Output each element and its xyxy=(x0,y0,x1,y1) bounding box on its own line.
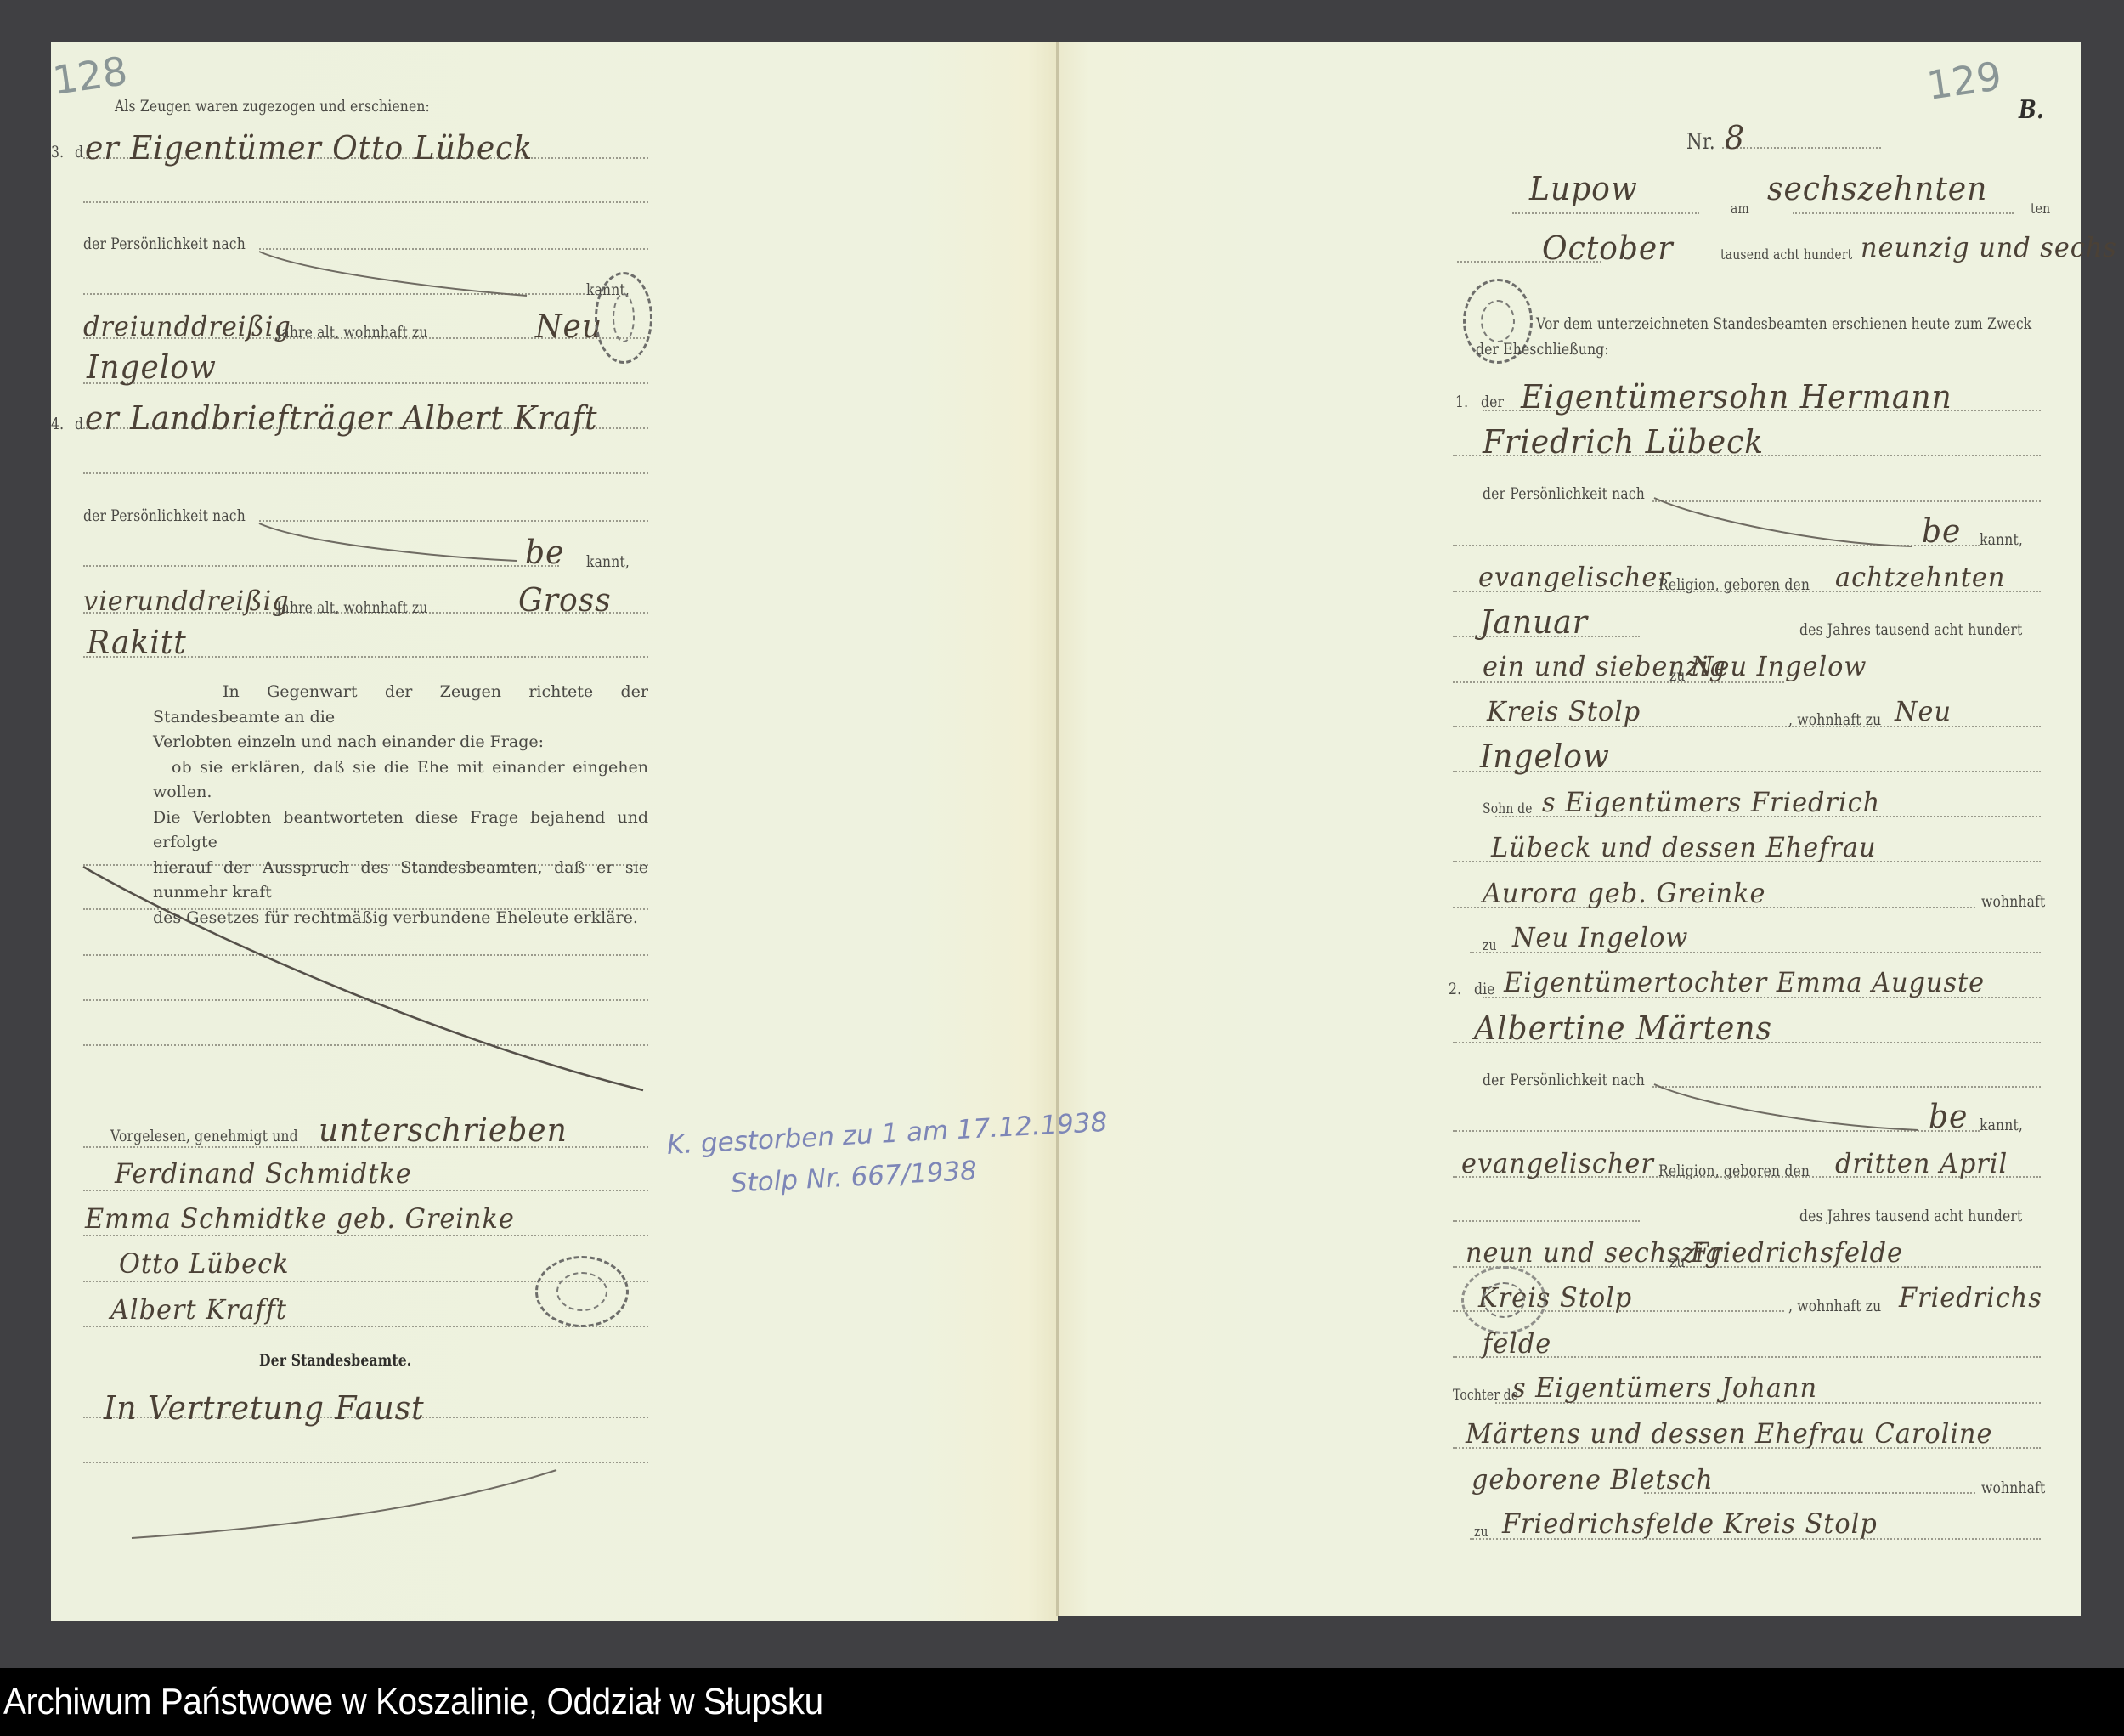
groom-birth-place: Neu Ingelow xyxy=(1691,650,1867,682)
signature-1: Ferdinand Schmidtke xyxy=(115,1157,412,1190)
witness-3-personality-label: der Persönlichkeit nach xyxy=(83,235,246,253)
intro-line-2: der Eheschließung: xyxy=(1476,340,1609,359)
bride-birth-place: Friedrichsfelde xyxy=(1691,1236,1903,1269)
book-gutter xyxy=(1056,42,1059,1616)
read-approved-label: Vorgelesen, genehmigt und xyxy=(110,1127,298,1145)
groom-residence-label: , wohnhaft zu xyxy=(1788,710,1881,729)
witness-3-number: 3. xyxy=(51,143,64,161)
bride-article: die xyxy=(1474,980,1495,998)
bride-residence-1: Friedrichs xyxy=(1899,1281,2042,1314)
form-line xyxy=(259,520,648,522)
groom-birth-year-label: des Jahres tausend acht hundert xyxy=(1799,620,2022,639)
bride-birth-place-label: zu xyxy=(1669,1253,1686,1271)
form-line xyxy=(1793,212,2014,214)
bride-parents-residence-label: wohnhaft xyxy=(1981,1479,2045,1497)
form-line xyxy=(1453,1130,1980,1132)
am-label: am xyxy=(1731,201,1749,218)
bride-parents-2: Märtens und dessen Ehefrau Caroline xyxy=(1466,1417,1992,1450)
groom-known-prefix: be xyxy=(1922,512,1961,550)
witness-4-age-label: Jahre alt, wohnhaft zu xyxy=(276,598,428,617)
form-line xyxy=(1512,212,1699,214)
groom-birth-year: ein und siebenzig xyxy=(1483,650,1726,682)
ten-suffix: ten xyxy=(2031,201,2050,218)
form-line xyxy=(83,1044,648,1046)
form-line xyxy=(83,293,585,295)
groom-number: 1. xyxy=(1455,393,1468,411)
signature-3: Otto Lübeck xyxy=(119,1247,289,1280)
witness-3-age-label: Jahre alt, wohnhaft zu xyxy=(276,323,428,342)
groom-birth-place-label: zu xyxy=(1669,666,1686,685)
form-letter: B. xyxy=(2019,95,2044,125)
archive-stamp xyxy=(595,272,652,364)
bride-residence-2: felde xyxy=(1483,1327,1551,1360)
groom-religion-label: Religion, geboren den xyxy=(1658,575,1810,594)
form-line xyxy=(259,248,648,250)
groom-parent-label: Sohn de xyxy=(1483,800,1533,817)
groom-parents-1: s Eigentümers Friedrich xyxy=(1542,786,1880,818)
registrar-signature: In Vertretung Faust xyxy=(104,1389,425,1427)
witness-4-number: 4. xyxy=(51,415,64,433)
bride-personality-label: der Persönlichkeit nach xyxy=(1483,1071,1645,1089)
witness-4-personality-label: der Persönlichkeit nach xyxy=(83,506,246,525)
bride-known-prefix: be xyxy=(1929,1098,1968,1135)
groom-parents-residence: Neu Ingelow xyxy=(1512,921,1688,953)
form-line xyxy=(1722,147,1881,149)
groom-parents-3: Aurora geb. Greinke xyxy=(1483,877,1765,909)
signature-2: Emma Schmidtke geb. Greinke xyxy=(85,1202,515,1235)
witness-4-residence-2: Rakitt xyxy=(87,624,187,661)
groom-name-2: Friedrich Lübeck xyxy=(1483,423,1764,461)
bride-known: kannt, xyxy=(1980,1116,2023,1134)
witness-3-residence-2: Ingelow xyxy=(87,348,217,386)
form-line xyxy=(83,954,648,956)
bride-name-2: Albertine Märtens xyxy=(1474,1009,1772,1047)
marriage-day: sechszehnten xyxy=(1767,170,1987,207)
form-line xyxy=(1652,1086,2041,1088)
marriage-place: Lupow xyxy=(1529,170,1638,207)
bride-number: 2. xyxy=(1449,980,1461,998)
witness-3-age: dreiunddreißig xyxy=(83,310,291,342)
form-line xyxy=(83,1326,648,1327)
form-line xyxy=(1453,545,1980,546)
witness-4-prefix: d xyxy=(75,415,83,433)
record-number-value: 8 xyxy=(1725,119,1745,156)
form-line xyxy=(83,1235,648,1236)
archive-caption: Archiwum Państwowe w Koszalinie, Oddział… xyxy=(3,1681,823,1723)
groom-parents-residence-label: wohnhaft xyxy=(1981,892,2045,911)
form-line xyxy=(1453,1220,1640,1222)
record-number-label: Nr. xyxy=(1686,129,1715,155)
witnesses-heading: Als Zeugen waren zugezogen und erschiene… xyxy=(115,97,430,116)
witness-4-age: vierunddreißig xyxy=(83,585,290,617)
bride-parents-3: geborene Bletsch xyxy=(1472,1463,1714,1496)
read-approved-signed: unterschrieben xyxy=(319,1111,568,1149)
witness-3-residence-1: Neu xyxy=(535,308,602,345)
marriage-month: October xyxy=(1542,229,1673,267)
groom-parents-2: Lübeck und dessen Ehefrau xyxy=(1491,831,1876,863)
groom-name-1: Eigentümersohn Hermann xyxy=(1521,378,1952,416)
witness-4-name: er Landbriefträger Albert Kraft xyxy=(85,399,597,437)
witness-3-name: er Eigentümer Otto Lübeck xyxy=(85,129,533,167)
form-line xyxy=(83,1190,648,1191)
registrar-label: Der Standesbeamte. xyxy=(259,1351,411,1370)
groom-district: Kreis Stolp xyxy=(1487,695,1641,727)
groom-residence-2: Ingelow xyxy=(1480,738,1610,775)
witness-4-known-prefix: be xyxy=(525,534,564,571)
groom-article: der xyxy=(1481,393,1504,411)
bride-name-1: Eigentümertochter Emma Auguste xyxy=(1504,966,1985,998)
groom-parents-zu: zu xyxy=(1483,937,1497,954)
bride-parents-1: s Eigentümers Johann xyxy=(1512,1371,1817,1404)
marriage-year: neunzig und sechs xyxy=(1861,231,2117,263)
groom-religion: evangelischer xyxy=(1478,561,1671,593)
bride-religion-label: Religion, geboren den xyxy=(1658,1162,1810,1180)
form-line xyxy=(1652,500,2041,502)
groom-known: kannt, xyxy=(1980,530,2023,549)
bride-parent-label: Tochter de xyxy=(1453,1387,1518,1404)
witness-4-known: kannt, xyxy=(586,552,630,571)
form-line xyxy=(83,999,648,1001)
witness-3-prefix: d xyxy=(75,143,83,161)
archive-stamp xyxy=(1461,1266,1546,1334)
form-line xyxy=(83,201,648,203)
form-line xyxy=(83,472,648,474)
bride-parents-residence: Friedrichsfelde Kreis Stolp xyxy=(1502,1507,1878,1540)
archive-stamp xyxy=(535,1256,629,1327)
ceremony-text: In Gegenwart der Zeugen richtete der Sta… xyxy=(153,680,648,930)
groom-birth-month: Januar xyxy=(1480,603,1588,641)
groom-residence-1: Neu xyxy=(1895,695,1952,727)
bride-birth-day: dritten April xyxy=(1835,1147,2008,1179)
intro-line-1: Vor dem unterzeichneten Standesbeamten e… xyxy=(1536,314,2031,333)
form-line xyxy=(83,565,559,567)
signature-4: Albert Krafft xyxy=(110,1293,287,1326)
year-label: tausend acht hundert xyxy=(1720,246,1852,263)
witness-4-residence-1: Gross xyxy=(518,581,612,619)
bride-residence-label: , wohnhaft zu xyxy=(1788,1297,1881,1315)
groom-personality-label: der Persönlichkeit nach xyxy=(1483,484,1645,503)
bride-birth-year-label: des Jahres tausend acht hundert xyxy=(1799,1207,2022,1225)
groom-birth-day: achtzehnten xyxy=(1835,561,2005,593)
bride-religion: evangelischer xyxy=(1461,1147,1654,1179)
form-line xyxy=(83,1462,648,1463)
bride-parents-zu: zu xyxy=(1474,1524,1488,1541)
